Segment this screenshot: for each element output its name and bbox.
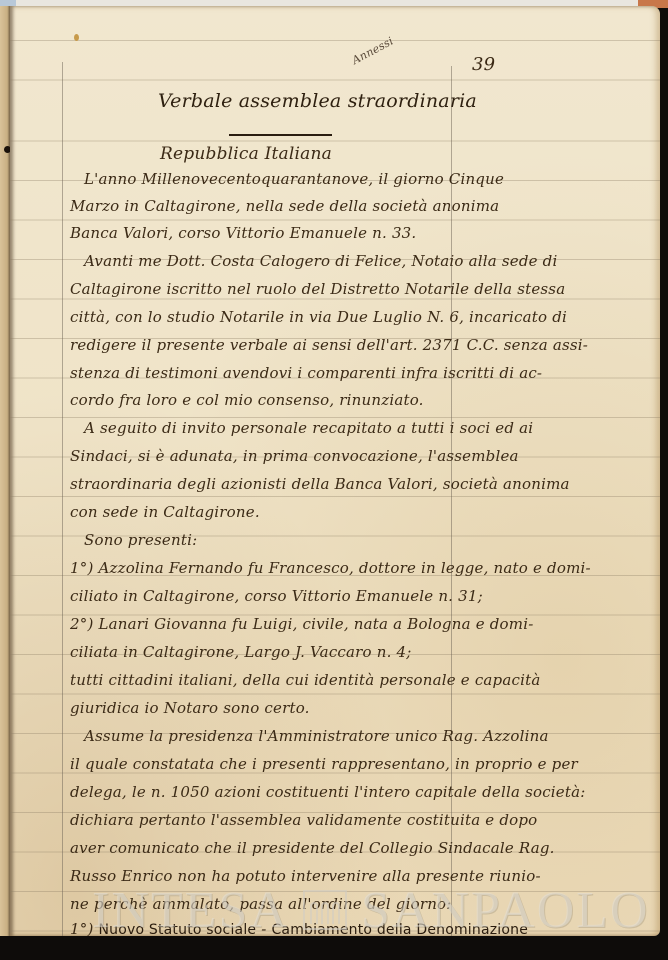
- text-line: tutti cittadini italiani, della cui iden…: [70, 671, 540, 689]
- text-line: giuridica io Notaro sono certo.: [70, 699, 310, 717]
- page-title: Verbale assemblea straordinaria: [158, 90, 477, 112]
- text-line: L'anno Millenovecentoquarantanove, il gi…: [84, 170, 504, 188]
- intesa-sanpaolo-watermark: INTESA SANPAOLO: [92, 880, 662, 940]
- left-margin-line: [62, 62, 63, 936]
- text-line: ciliata in Caltagirone, Largo J. Vaccaro…: [70, 643, 412, 661]
- text-line: aver comunicato che il presidente del Co…: [70, 839, 555, 857]
- text-line: 1°) Azzolina Fernando fu Francesco, dott…: [70, 559, 591, 577]
- text-line: Assume la presidenza l'Amministratore un…: [84, 727, 549, 745]
- text-line: con sede in Caltagirone.: [70, 503, 260, 521]
- page-number: 39: [472, 54, 495, 75]
- ink-stain: [74, 34, 79, 41]
- text-line: Sono presenti:: [84, 531, 197, 549]
- text-line: Sindaci, si è adunata, in prima convocaz…: [70, 447, 519, 465]
- page-subtitle: Repubblica Italiana: [160, 144, 332, 164]
- watermark-left: INTESA: [92, 881, 289, 940]
- text-line: straordinaria degli azionisti della Banc…: [70, 475, 570, 493]
- ledger-page: Annessi 39 Verbale assemblea straordinar…: [10, 6, 660, 936]
- text-line: ciliato in Caltagirone, corso Vittorio E…: [70, 587, 483, 605]
- text-line: redigere il presente verbale ai sensi de…: [70, 336, 588, 354]
- bank-logo-icon: [303, 890, 347, 930]
- text-line: stenza di testimoni avendovi i comparent…: [70, 364, 542, 382]
- text-line: città, con lo studio Notarile in via Due…: [70, 308, 567, 326]
- text-line: A seguito di invito personale recapitato…: [84, 419, 533, 437]
- watermark-right: SANPAOLO: [361, 881, 650, 940]
- text-line: Banca Valori, corso Vittorio Emanuele n.…: [70, 224, 416, 242]
- text-line: dichiara pertanto l'assemblea validament…: [70, 811, 537, 829]
- text-line: Marzo in Caltagirone, nella sede della s…: [70, 197, 499, 215]
- text-line: Avanti me Dott. Costa Calogero di Felice…: [84, 252, 558, 270]
- text-line: Caltagirone iscritto nel ruolo del Distr…: [70, 280, 565, 298]
- text-line: il quale constatata che i presenti rappr…: [70, 755, 578, 773]
- title-divider: [229, 134, 332, 136]
- text-line: cordo fra loro e col mio consenso, rinun…: [70, 391, 424, 409]
- text-line: 2°) Lanari Giovanna fu Luigi, civile, na…: [70, 615, 533, 633]
- text-line: delega, le n. 1050 azioni costituenti l'…: [70, 783, 586, 801]
- agenda-number: 1°): [70, 920, 94, 936]
